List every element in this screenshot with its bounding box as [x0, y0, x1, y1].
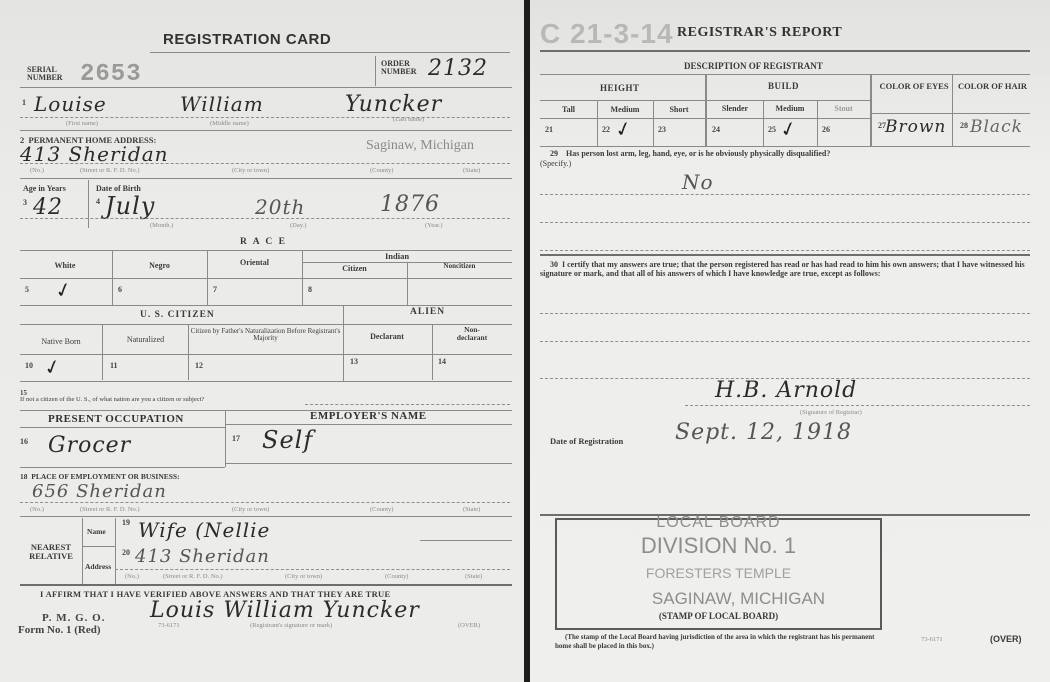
- registration-card: REGISTRATION CARD SERIAL NUMBER 2653 ORD…: [0, 0, 526, 682]
- caption: (Year.): [425, 222, 443, 229]
- build-medium-label: Medium: [763, 105, 817, 113]
- height-heading: HEIGHT: [600, 84, 640, 93]
- middle-name: William: [180, 92, 264, 116]
- race-negro-label: Negro: [112, 262, 207, 270]
- build-slender-label: Slender: [707, 105, 763, 113]
- field-number: 16: [20, 437, 28, 446]
- native-born-label: Native Born: [20, 338, 102, 346]
- field-number: 13: [350, 357, 358, 366]
- county-state-stamp: Saginaw, Michigan: [366, 138, 474, 154]
- caption: (First name): [66, 120, 98, 127]
- field-number: 22: [602, 125, 610, 134]
- over-label: (OVER): [990, 635, 1022, 644]
- field-number: 1: [22, 98, 26, 107]
- report-title: REGISTRAR'S REPORT: [677, 25, 842, 41]
- occupation-label: PRESENT OCCUPATION: [48, 413, 184, 425]
- checkmark-icon: ✓: [777, 115, 799, 143]
- stamp-line1: LOCAL BOARD: [555, 514, 882, 532]
- field-number: 25: [768, 125, 776, 134]
- eyes-heading: COLOR OF EYES: [875, 82, 953, 91]
- caption: (City or town): [232, 167, 269, 174]
- field-number: 12: [195, 361, 203, 370]
- birth-day: 20th: [255, 195, 305, 219]
- stamp-line4: SAGINAW, MICHIGAN: [575, 589, 902, 609]
- first-name: Louise: [34, 92, 107, 116]
- registrars-report-card: C 21-3-14 REGISTRAR'S REPORT DESCRIPTION…: [530, 0, 1050, 682]
- caption: (State): [463, 506, 480, 513]
- pmgo-label: P. M. G. O.: [42, 612, 105, 624]
- caption: (Last name): [393, 116, 424, 123]
- height-medium-label: Medium: [597, 106, 653, 114]
- q29-specify: (Specify.): [540, 160, 571, 168]
- stamp-caption: (STAMP OF LOCAL BOARD): [555, 612, 882, 621]
- q29-answer: No: [682, 170, 714, 194]
- race-indian-noncitizen-label: Noncitizen: [407, 263, 512, 270]
- form-code: 73-6171: [158, 622, 180, 629]
- field-number: 5: [25, 285, 29, 294]
- race-white-label: White: [20, 262, 110, 270]
- caption: (County): [370, 167, 393, 174]
- field-number: 21: [545, 125, 553, 134]
- employer-label: EMPLOYER'S NAME: [310, 410, 427, 422]
- age-value: 42: [33, 195, 63, 220]
- field-number: 7: [213, 285, 217, 294]
- field-number: 3: [23, 198, 27, 207]
- hair-heading: COLOR OF HAIR: [955, 82, 1030, 91]
- caption: (State): [463, 167, 480, 174]
- checkmark-icon: ✓: [52, 276, 74, 304]
- age-label: Age in Years: [23, 185, 66, 193]
- occupation-value: Grocer: [48, 433, 131, 458]
- caption: (No.): [30, 506, 44, 513]
- caption: (No.): [125, 573, 139, 580]
- date-of-registration-label: Date of Registration: [550, 437, 623, 446]
- field-number: 10: [25, 361, 33, 370]
- nation-question: If not a citizen of the U. S., of what n…: [20, 397, 204, 404]
- birth-month: July: [105, 192, 155, 220]
- citizen-by-father-label: Citizen by Father's Naturalization Befor…: [188, 328, 343, 343]
- q29-question: Has person lost arm, leg, hand, eye, or …: [566, 150, 1036, 158]
- indian-heading: Indian: [385, 252, 409, 261]
- relative-name-value: Wife (Nellie: [138, 518, 270, 542]
- relative-address-label: Address: [85, 563, 111, 571]
- height-short-label: Short: [653, 106, 705, 114]
- caption: (County): [385, 573, 408, 580]
- relative-name-label: Name: [87, 528, 106, 536]
- q30-text: I certify that my answers are true; that…: [540, 260, 1025, 278]
- naturalized-label: Naturalized: [103, 336, 188, 344]
- caption: (State): [465, 573, 482, 580]
- description-heading: DESCRIPTION OF REGISTRANT: [684, 62, 823, 71]
- field-number: 17: [232, 434, 240, 443]
- height-tall-label: Tall: [540, 106, 597, 114]
- serial-number-label: SERIAL NUMBER: [27, 66, 75, 83]
- form-number-label: Form No. 1 (Red): [18, 624, 100, 636]
- field-number: 14: [438, 357, 446, 366]
- date-of-registration-value: Sept. 12, 1918: [675, 420, 852, 445]
- relative-address-value: 413 Sheridan: [135, 546, 270, 567]
- alien-heading: ALIEN: [410, 308, 445, 318]
- race-indian-citizen-label: Citizen: [302, 265, 407, 273]
- caption: (City or town): [285, 573, 322, 580]
- place-of-employment-label: PLACE OF EMPLOYMENT OR BUSINESS:: [31, 472, 179, 481]
- field-number: 4: [96, 197, 100, 206]
- order-number: 2132: [428, 56, 488, 81]
- checkmark-icon: ✓: [41, 353, 63, 381]
- field-number: 18: [20, 472, 28, 481]
- over-label: (OVER): [458, 622, 480, 629]
- registrar-caption: (Signature of Registrar): [800, 409, 862, 416]
- build-heading: BUILD: [768, 82, 799, 91]
- stamp-line2: DIVISION No. 1: [555, 533, 882, 559]
- declarant-label: Declarant: [343, 333, 431, 341]
- field-number: 30: [550, 260, 558, 269]
- field-number: 8: [308, 285, 312, 294]
- q29-field-number: 29: [550, 150, 558, 158]
- order-number-label: ORDER NUMBER: [381, 60, 427, 77]
- stamp-line3: FORESTERS TEMPLE: [555, 565, 882, 581]
- eye-color-value: Brown: [885, 117, 946, 137]
- field-number: 24: [712, 125, 720, 134]
- employer-value: Self: [262, 426, 313, 454]
- form-code: 73-6171: [921, 636, 943, 643]
- field-number: 20: [122, 548, 130, 557]
- caption: (County): [370, 506, 393, 513]
- caption: (City or town): [232, 506, 269, 513]
- non-declarant-label: Non-declarant: [432, 326, 512, 342]
- caption: (Street or R. F. D. No.): [80, 506, 140, 513]
- last-name: Yuncker: [345, 92, 442, 117]
- stamp-note: (The stamp of the Local Board having jur…: [555, 633, 885, 651]
- caption: (No.): [30, 167, 44, 174]
- field-number: 23: [658, 125, 666, 134]
- field-number: 26: [822, 125, 830, 134]
- stamp-code: C 21-3-14: [540, 18, 674, 50]
- caption: (Street or R. F. D. No.): [80, 167, 140, 174]
- caption: (Month.): [150, 222, 173, 229]
- signature-caption: (Registrant's signature or mark): [250, 622, 332, 629]
- field-number: 6: [118, 285, 122, 294]
- caption: (Street or R. F. D. No.): [163, 573, 223, 580]
- caption: (Middle name): [210, 120, 249, 127]
- place-of-employment-value: 656 Sheridan: [32, 481, 167, 502]
- nearest-relative-label: NEAREST RELATIVE: [20, 543, 82, 561]
- field-number: 11: [110, 361, 118, 370]
- card-title: REGISTRATION CARD: [163, 31, 331, 48]
- race-oriental-label: Oriental: [207, 259, 302, 267]
- build-stout-label: Stout: [817, 105, 870, 113]
- serial-number: 2653: [80, 61, 142, 88]
- registrar-signature: H.B. Arnold: [715, 378, 857, 403]
- race-heading: R A C E: [240, 238, 287, 248]
- field-number: 28: [960, 121, 968, 130]
- us-citizen-heading: U. S. CITIZEN: [140, 311, 215, 321]
- birth-year: 1876: [380, 192, 440, 217]
- hair-color-value: Black: [970, 117, 1023, 137]
- registrant-signature: Louis William Yuncker: [150, 598, 420, 623]
- checkmark-icon: ✓: [612, 115, 634, 143]
- field-number: 19: [122, 518, 130, 527]
- caption: (Day.): [290, 222, 306, 229]
